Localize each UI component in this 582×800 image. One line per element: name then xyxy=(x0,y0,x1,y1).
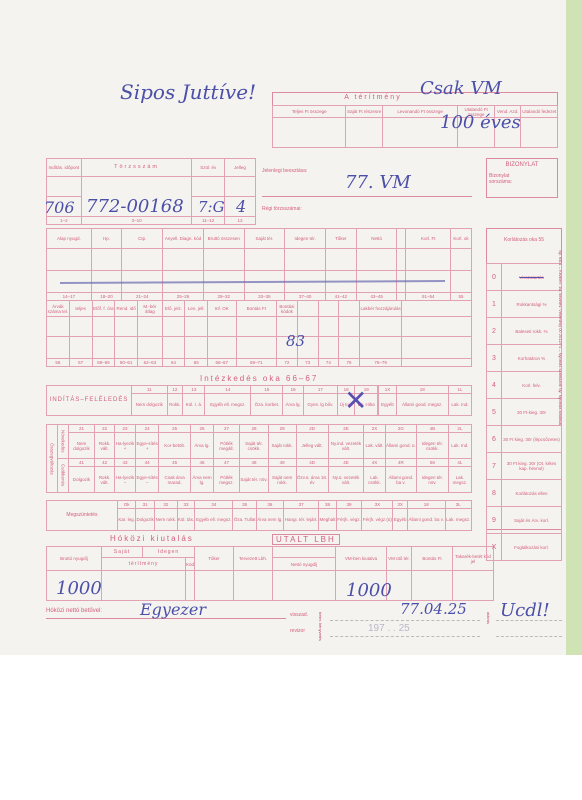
netto-betuvel-label: Hóközi nettó betűvel: xyxy=(46,608,136,614)
code-label: Idegen tér. növ. xyxy=(417,467,449,493)
pay-header: Anyell. Diagn. kód xyxy=(163,229,204,249)
korl-code: 9 xyxy=(487,507,502,534)
code-number: 2G xyxy=(385,425,416,433)
revizor-label: revizor xyxy=(290,628,320,634)
row2-table: Árvák száma tel. teljes Előf. f. óra Ren… xyxy=(46,300,472,367)
teritmeny-col: Saját Ft részesre xyxy=(346,106,382,118)
id-col-torzsszam: Törzsszám xyxy=(81,159,191,177)
row2-header: Len. jell. xyxy=(185,301,208,317)
kiutalas-table: Bruttó nyugdíj Saját Idegen Tűker Tervez… xyxy=(46,546,494,601)
code-label: Ha-lyezik − xyxy=(115,467,136,493)
code-number: 16 xyxy=(283,386,303,394)
korl-code: 3 xyxy=(487,345,502,372)
code-label: Saját tér. csökk. xyxy=(240,433,269,459)
row2-header: Inf. OK xyxy=(208,301,237,317)
korl-code: 7 xyxy=(487,453,502,480)
code-number: 33 xyxy=(177,501,195,509)
kiutalas-header: Nettó nyugdíj xyxy=(273,558,336,571)
bizonylat-box: BIZONYLAT Bizonylat sorszáma: xyxy=(486,158,558,198)
code-label: Nem dolgozik xyxy=(69,433,95,459)
code-number: 13 xyxy=(183,386,205,394)
code-number: 1L xyxy=(448,386,471,394)
field-number: 62–63 xyxy=(138,359,163,367)
kezelo-label: beter. kényvelés xyxy=(318,612,323,641)
field-number: 74 xyxy=(318,359,339,367)
pay-header: Korl. Ft xyxy=(406,229,451,249)
megszuntetes-label: Megszüntetés xyxy=(47,501,118,531)
megszuntetes-table: Megszüntetés Ok 31 32 33 34 35 36 37 38 … xyxy=(46,500,472,531)
code-label: Özv.ü. árva 18. év xyxy=(296,467,328,493)
code-number: 15 xyxy=(251,386,283,394)
code-label: Dolgozik xyxy=(136,509,155,531)
code-number: 45 xyxy=(159,459,191,467)
code-number: 44 xyxy=(136,459,159,467)
inditas-table: INDÍTÁS–FELÉLEDÉS 11 12 13 14 15 16 17 1… xyxy=(46,385,472,416)
code-number: 25 xyxy=(159,425,191,433)
code-number: 34 xyxy=(195,501,233,509)
field-number: 60–61 xyxy=(115,359,138,367)
code-label: Egyéb xyxy=(393,509,407,531)
code-label: Rokk. vált. xyxy=(95,433,115,459)
field-number xyxy=(402,359,472,367)
row2-header xyxy=(339,301,360,317)
code-number: 58 xyxy=(417,459,449,467)
korlatozas-panel: Korlátozás oka 55 0Visszatartás 1Rokkant… xyxy=(486,228,562,530)
code-label: Állami gond. ba v. xyxy=(385,467,416,493)
kiutalas-header: Tervezett Lbh. xyxy=(234,547,273,571)
code-label: Dolgozik xyxy=(69,467,95,493)
row2-header: Bontás Ft xyxy=(236,301,276,317)
code-label: Meghalt xyxy=(319,509,337,531)
row2-header: Bontási kódok xyxy=(276,301,297,317)
handwritten-cross-mark: ✕ xyxy=(344,386,367,416)
pay-header: Nettó xyxy=(356,229,397,249)
novekedes-label: Növekedés xyxy=(58,425,69,459)
code-label: Hangi. tér. lejárt. xyxy=(284,509,319,531)
code-label: Kar. leg. xyxy=(118,509,136,531)
code-label: Pótlék megáll. xyxy=(213,433,239,459)
code-label: Egyéb xyxy=(379,394,396,416)
inditas-label: INDÍTÁS–FELÉLEDÉS xyxy=(47,386,132,416)
handwritten-signature: Ucdl! xyxy=(500,600,550,621)
korl-label: Korlátozás ellen xyxy=(502,480,562,507)
row2-header: Lakbér hozzájárulás xyxy=(359,301,402,317)
code-number: 2D xyxy=(296,425,328,433)
field-number: 56 xyxy=(47,359,70,367)
row2-header: Rend. idő xyxy=(115,301,138,317)
handwritten-note-top: Csak VM xyxy=(420,78,502,99)
field-number: 66–67 xyxy=(208,359,237,367)
code-number: 18 xyxy=(396,386,448,394)
code-label: Gyes. lg bőv. xyxy=(303,394,337,416)
handwritten-id-code: 706 xyxy=(44,198,75,217)
korl-label: Baleseti rokk. % xyxy=(502,318,562,345)
korl-code: 8 xyxy=(487,480,502,507)
code-label: Öza. korbet. xyxy=(251,394,283,416)
jelenlegi-line xyxy=(262,196,472,197)
code-label: Ny.ü. vezeték vált. xyxy=(328,467,364,493)
code-number: 3L xyxy=(445,501,471,509)
code-number: 46 xyxy=(191,459,214,467)
code-label: Állami gond. ü. xyxy=(385,433,416,459)
code-label: Árva lg. xyxy=(191,433,214,459)
code-number: 2X xyxy=(364,425,385,433)
pay-header: Tűker xyxy=(326,229,357,249)
code-number: 43 xyxy=(115,459,136,467)
code-number: 2L xyxy=(448,425,471,433)
handwritten-note-years: 100 éves xyxy=(440,112,521,133)
kiutalas-header: VM ütő tér. xyxy=(387,547,412,571)
field-number: 13 xyxy=(225,217,256,225)
code-number: 39 xyxy=(336,501,361,509)
csokkenes-label: Csökkenés xyxy=(58,459,69,493)
handwritten-netto-betuvel: Egyezer xyxy=(140,600,206,619)
korlatozas-table: 0Visszatartás 1Rokkantsági % 2Baleseti r… xyxy=(486,263,562,561)
code-label: Saját nem rokk. xyxy=(268,467,296,493)
code-number: 4D xyxy=(296,459,328,467)
code-number: 27 xyxy=(213,425,239,433)
kiutalas-header: térítmény xyxy=(102,558,186,571)
code-label: Állami gond. megsz. xyxy=(396,394,448,416)
stamp-date: 197 . . 25 xyxy=(368,623,410,634)
code-label: Egye-sítés − xyxy=(136,467,159,493)
code-number: 26 xyxy=(191,425,214,433)
code-label: Egyéb ell. megsz. xyxy=(205,394,251,416)
field-number: 75 xyxy=(339,359,360,367)
field-number: 58–59 xyxy=(92,359,115,367)
field-number: 65 xyxy=(185,359,208,367)
code-label: Nem rokk. xyxy=(155,509,177,531)
korl-code: 6 xyxy=(487,426,502,453)
pay-header: Saját tér. xyxy=(244,229,285,249)
field-number: 68–71 xyxy=(236,359,276,367)
handwritten-date: 77.04.25 xyxy=(400,600,467,618)
code-number: 48 xyxy=(240,459,269,467)
id-col-jelleg: Jelleg xyxy=(225,159,256,177)
korl-label: Korl. felv. xyxy=(502,372,562,399)
row2-header: Előf. f. óra xyxy=(92,301,115,317)
handwritten-bonus-mark: 83 xyxy=(286,332,305,350)
korl-code: 4 xyxy=(487,372,502,399)
code-number: 14 xyxy=(205,386,251,394)
code-number: 12 xyxy=(167,386,183,394)
code-label: Rokk. vált. xyxy=(95,467,115,493)
code-number: 31 xyxy=(136,501,155,509)
code-label: Árva nem lg. xyxy=(256,509,283,531)
code-label: Állami gond. ba v. xyxy=(407,509,445,531)
code-number: 28 xyxy=(240,425,269,433)
kiutalas-header: Bontás Ft xyxy=(412,547,453,571)
code-label: Lak. vált. xyxy=(364,433,385,459)
code-number: 49 xyxy=(268,459,296,467)
code-number: 21 xyxy=(69,425,95,433)
kiutalas-header: Köd xyxy=(185,558,194,571)
row2-header xyxy=(297,301,318,317)
code-label: Lak. megsz. xyxy=(445,509,471,531)
code-number: 11 xyxy=(132,386,168,394)
korl-label: 30 Ft-kieg. 30r xyxy=(502,399,562,426)
korl-code: 2 xyxy=(487,318,502,345)
code-label: Férjh. végz. xyxy=(336,509,361,531)
code-number: 17 xyxy=(303,386,337,394)
code-number: 2E xyxy=(328,425,364,433)
code-number: 18 xyxy=(407,501,445,509)
id-col-szulev: Szül. év xyxy=(192,159,225,177)
row2-header: M.-bér átlag xyxy=(138,301,163,317)
kiutalas-header: Tűker xyxy=(195,547,234,571)
code-label: Nem dolgozik xyxy=(132,394,168,416)
bizonylat-title: BIZONYLAT xyxy=(487,162,557,168)
code-number: 4B xyxy=(417,425,449,433)
code-number: 4X xyxy=(364,459,385,467)
code-label: Férjh. végz.(ü) xyxy=(362,509,393,531)
handwritten-torzsszam: 772-00168 xyxy=(86,196,184,217)
pay-header: Alap nyugd. xyxy=(47,229,92,249)
code-label: Lak. Ind. xyxy=(448,433,471,459)
row2-header: Elő. jelz. xyxy=(162,301,185,317)
date-line xyxy=(330,620,480,621)
handwritten-brutto: 1000 xyxy=(56,578,102,599)
korlatozas-title: Korlátozás oka 55 xyxy=(487,237,561,243)
field-number: 64 xyxy=(162,359,185,367)
code-number: 47 xyxy=(213,459,239,467)
kiutalas-header: VM-ben kiutalva xyxy=(336,547,387,571)
kiutalas-title: Hóközi kiutalás xyxy=(110,534,194,543)
valtozas-table: Összegváltozás Növekedés 21 22 23 24 25 … xyxy=(46,424,472,493)
handwritten-vm-kiutalt: 1000 xyxy=(346,580,392,601)
field-number: 57 xyxy=(69,359,92,367)
row2-header: teljes xyxy=(69,301,92,317)
korl-label: 30 Ft kieg. 30r (Ot. kétes kap. hévnol) xyxy=(502,453,562,480)
field-number: 76–79 xyxy=(359,359,402,367)
code-label: Lak. megsz. xyxy=(448,467,471,493)
field-number: 11–12 xyxy=(192,217,225,225)
intezkedes-title: Intézkedés oka 66–67 xyxy=(200,374,318,383)
pay-header: Ctp. xyxy=(122,229,163,249)
code-number: 35 xyxy=(233,501,256,509)
code-label: Árva nem lg. xyxy=(191,467,214,493)
code-label: Kül. tás. xyxy=(177,509,195,531)
code-label: Saját tér. növ. xyxy=(240,467,269,493)
kiutalas-header: Bruttó nyugdíj xyxy=(47,547,102,571)
code-number: Ok xyxy=(118,501,136,509)
row2-header: Árvák száma tel. xyxy=(47,301,70,317)
signature-line-2 xyxy=(496,636,562,637)
background-below xyxy=(0,655,582,800)
code-label: Ny.ind. vezeték vált. xyxy=(328,433,364,459)
pay-header xyxy=(397,229,406,249)
pay-header: Korl. ok xyxy=(451,229,472,249)
code-number: 42 xyxy=(95,459,115,467)
jelenlegi-label: Jelenlegi beosztása: xyxy=(262,168,322,174)
code-label: Öza. Tullat xyxy=(233,509,256,531)
pay-row-table: Alap nyugd. Hp. Ctp. Anyell. Diagn. kód … xyxy=(46,228,472,301)
korl-code: 5 xyxy=(487,399,502,426)
handwritten-szulev: 7:G xyxy=(198,198,225,216)
korl-label: Saját és Árv. korl. xyxy=(502,507,562,534)
code-number: 32 xyxy=(155,501,177,509)
code-number: 38 xyxy=(319,501,337,509)
handwritten-name: Sipos Juttíve! xyxy=(120,80,256,104)
field-number: 3–10 xyxy=(81,217,191,225)
kiutalas-header: Saját xyxy=(102,547,143,558)
id-col-inditas: Indítás. időpont xyxy=(47,159,82,177)
code-number: 41 xyxy=(69,459,95,467)
alairas-label: aláírás xyxy=(486,612,491,624)
code-number: 37 xyxy=(284,501,319,509)
kiutalas-header: Idegen xyxy=(143,547,195,558)
pay-header: Idegen tér. xyxy=(285,229,326,249)
code-label: Kül. r. á. xyxy=(183,394,205,416)
handwritten-jelenlegi: 77. VM xyxy=(345,172,411,193)
green-backing-strip xyxy=(566,0,582,655)
bizonylat-label: Bizonylat sorszáma: xyxy=(489,173,529,185)
code-label: Jelleg vált. xyxy=(296,433,328,459)
handwritten-jelleg: 4 xyxy=(236,197,246,216)
korl-label: Foglalkozási korl. xyxy=(502,534,562,561)
code-number: 22 xyxy=(95,425,115,433)
stamp-line xyxy=(330,636,480,637)
code-label: Idegen tér. csökk. xyxy=(417,433,449,459)
code-number: 4L xyxy=(448,459,471,467)
teritmeny-col: Utalandó fedezet xyxy=(521,106,558,118)
code-label: Lak. Ind. xyxy=(448,394,471,416)
korl-label: Visszatartás xyxy=(502,264,562,291)
field-number: 73 xyxy=(297,359,318,367)
row2-header xyxy=(402,301,472,317)
korl-code: X xyxy=(487,534,502,561)
utalt-lbh-title: UTALT LBH xyxy=(272,534,340,545)
code-number: 23 xyxy=(115,425,136,433)
code-number: 3X xyxy=(393,501,407,509)
code-label: Lak. csökk. xyxy=(364,467,385,493)
code-number: 24 xyxy=(136,425,159,433)
code-number: 4R xyxy=(385,459,416,467)
code-label: Kor-betölt. xyxy=(159,433,191,459)
code-label: Rokk. xyxy=(167,394,183,416)
code-number: 36 xyxy=(256,501,283,509)
korl-code: 0 xyxy=(487,264,502,291)
korl-code: 1 xyxy=(487,291,502,318)
code-label: Ha-lyezik + xyxy=(115,433,136,459)
code-number: 29 xyxy=(268,425,296,433)
field-number: 72 xyxy=(276,359,297,367)
code-label: Egyéb ell. megsz. xyxy=(195,509,233,531)
code-label: Árva lg. xyxy=(283,394,303,416)
regi-label: Régi törzsszámai: xyxy=(262,206,322,212)
korl-label: Korhatáron % xyxy=(502,345,562,372)
pay-header: Bruttó összesen xyxy=(203,229,244,249)
row2-header xyxy=(318,301,339,317)
teritmeny-col: Teljes Ft összege xyxy=(273,106,346,118)
code-label: Egye-sítés + xyxy=(136,433,159,459)
visszad-label: visszad. xyxy=(290,612,320,618)
korl-label: 30 Ft kieg. 30r (lépcsőzetes) xyxy=(502,426,562,453)
code-label: Csak árva marad. xyxy=(159,467,191,493)
code-label: Saját rokk. xyxy=(268,433,296,459)
code-number: 4E xyxy=(328,459,364,467)
code-number: 1X xyxy=(379,386,396,394)
code-number: 3X xyxy=(362,501,393,509)
field-number: 1–2 xyxy=(47,217,82,225)
code-label: Pótlék megsz. xyxy=(213,467,239,493)
valtozas-side-label: Összegváltozás xyxy=(47,425,58,493)
pay-header: Hp. xyxy=(91,229,122,249)
korl-label: Rokkantsági % xyxy=(502,291,562,318)
side-print-text: Ny. 6401 – Kézben: 1st. kezelés: Vélemén… xyxy=(558,250,563,550)
